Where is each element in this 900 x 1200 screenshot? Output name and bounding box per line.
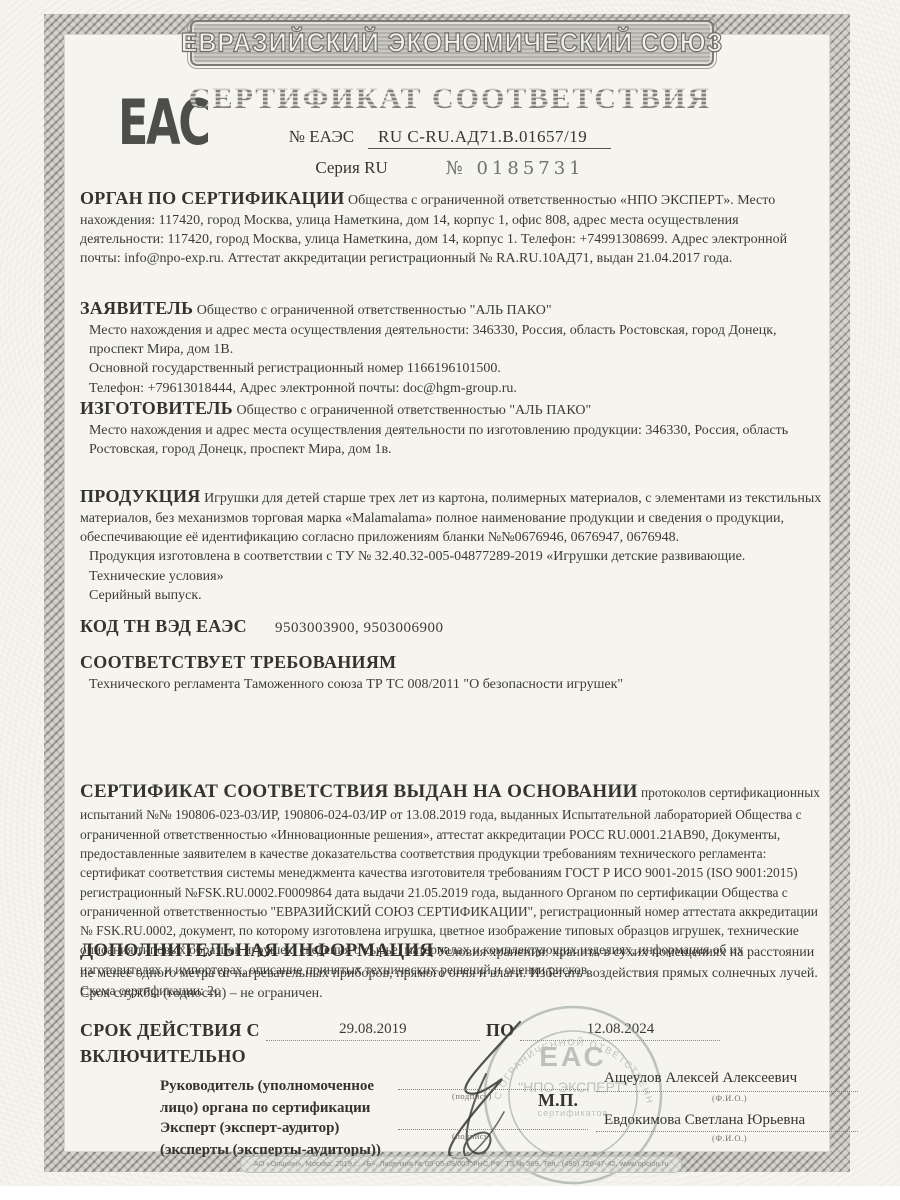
section-additional-info: ДОПОЛНИТЕЛЬНАЯ ИНФОРМАЦИЯ Условия хранен…: [80, 938, 824, 1003]
products-line: Продукция изготовлена в соответствии с Т…: [89, 547, 824, 586]
expert-name: Евдокимова Светлана Юрьевна: [604, 1112, 805, 1129]
expert-sign-caption: (подпись): [452, 1131, 492, 1141]
section-heading: КОД ТН ВЭД ЕАЭС: [80, 616, 247, 636]
section-applicant: ЗАЯВИТЕЛЬ Общество с ограниченной ответс…: [80, 296, 824, 398]
stamp-place-label: М.П.: [538, 1090, 578, 1111]
section-compliance: СООТВЕТСТВУЕТ ТРЕБОВАНИЯМ Технического р…: [80, 650, 824, 694]
eaeu-banner-text: ЕВРАЗИЙСКИЙ ЭКОНОМИЧЕСКИЙ СОЮЗ: [181, 27, 724, 58]
series-number: № 0185731: [446, 158, 585, 179]
validity-inclusive-label: ВКЛЮЧИТЕЛЬНО: [80, 1046, 246, 1067]
head-sign-caption: (подпись): [452, 1091, 492, 1101]
expert-name-line: [596, 1130, 858, 1132]
eaeu-banner: ЕВРАЗИЙСКИЙ ЭКОНОМИЧЕСКИЙ СОЮЗ: [190, 20, 714, 66]
series-label: Серия RU: [315, 158, 387, 179]
products-line: Серийный выпуск.: [89, 586, 824, 605]
section-heading: ОРГАН ПО СЕРТИФИКАЦИИ: [80, 188, 345, 208]
applicant-line: Основной государственный регистрационный…: [89, 359, 824, 378]
hs-code-value: 9503003900, 9503006900: [275, 620, 444, 636]
series-line: Серия RU № 0185731: [0, 158, 900, 179]
head-fio-caption: (Ф.И.О.): [712, 1093, 747, 1103]
expert-fio-caption: (Ф.И.О.): [712, 1133, 747, 1143]
head-role-label: Руководитель (уполномоченное лицо) орган…: [160, 1076, 374, 1120]
head-name: Ащеулов Алексей Алексеевич: [604, 1070, 797, 1087]
paper-edge: [0, 1186, 900, 1200]
manufacturer-line: Место нахождения и адрес места осуществл…: [89, 421, 824, 460]
certificate-number-label: № ЕАЭС: [289, 127, 354, 149]
head-name-line: [596, 1090, 858, 1092]
section-intro: Общество с ограниченной ответственностью…: [197, 303, 552, 318]
section-heading: СЕРТИФИКАТ СООТВЕТСТВИЯ ВЫДАН НА ОСНОВАН…: [80, 781, 638, 802]
certificate-number-line: № ЕАЭС RU C-RU.АД71.B.01657/19: [0, 127, 900, 149]
section-products: ПРОДУКЦИЯ Игрушки для детей старше трех …: [80, 484, 824, 605]
section-heading: ДОПОЛНИТЕЛЬНАЯ ИНФОРМАЦИЯ: [80, 940, 434, 961]
expert-role-label: Эксперт (эксперт-аудитор) (эксперты (экс…: [160, 1118, 381, 1162]
document-title: СЕРТИФИКАТ СООТВЕТСТВИЯ: [0, 82, 900, 116]
section-hs-code: КОД ТН ВЭД ЕАЭС9503003900, 9503006900: [80, 614, 824, 639]
expert-signature-line: [398, 1128, 588, 1130]
validity-from-label: СРОК ДЕЙСТВИЯ С: [80, 1020, 260, 1041]
section-intro: Общество с ограниченной ответственностью…: [236, 403, 591, 418]
section-heading: ЗАЯВИТЕЛЬ: [80, 298, 193, 318]
section-certification-body: ОРГАН ПО СЕРТИФИКАЦИИ Общества с огранич…: [80, 186, 824, 269]
certificate-content: ЕВРАЗИЙСКИЙ ЭКОНОМИЧЕСКИЙ СОЮЗ EAC СЕРТИ…: [0, 0, 900, 1200]
section-manufacturer: ИЗГОТОВИТЕЛЬ Общество с ограниченной отв…: [80, 396, 824, 459]
applicant-line: Место нахождения и адрес места осуществл…: [89, 321, 824, 360]
section-heading: СООТВЕТСТВУЕТ ТРЕБОВАНИЯМ: [80, 652, 396, 672]
compliance-line: Технического регламента Таможенного союз…: [89, 675, 824, 694]
certificate-number: RU C-RU.АД71.B.01657/19: [368, 127, 611, 149]
section-heading: ИЗГОТОВИТЕЛЬ: [80, 398, 233, 418]
printer-imprint: АО «Опцион», Москва, 2019 г., «Б». Лицен…: [240, 1156, 682, 1173]
certificate-page: ЕВРАЗИЙСКИЙ ЭКОНОМИЧЕСКИЙ СОЮЗ EAC СЕРТИ…: [0, 0, 900, 1200]
section-heading: ПРОДУКЦИЯ: [80, 486, 201, 506]
